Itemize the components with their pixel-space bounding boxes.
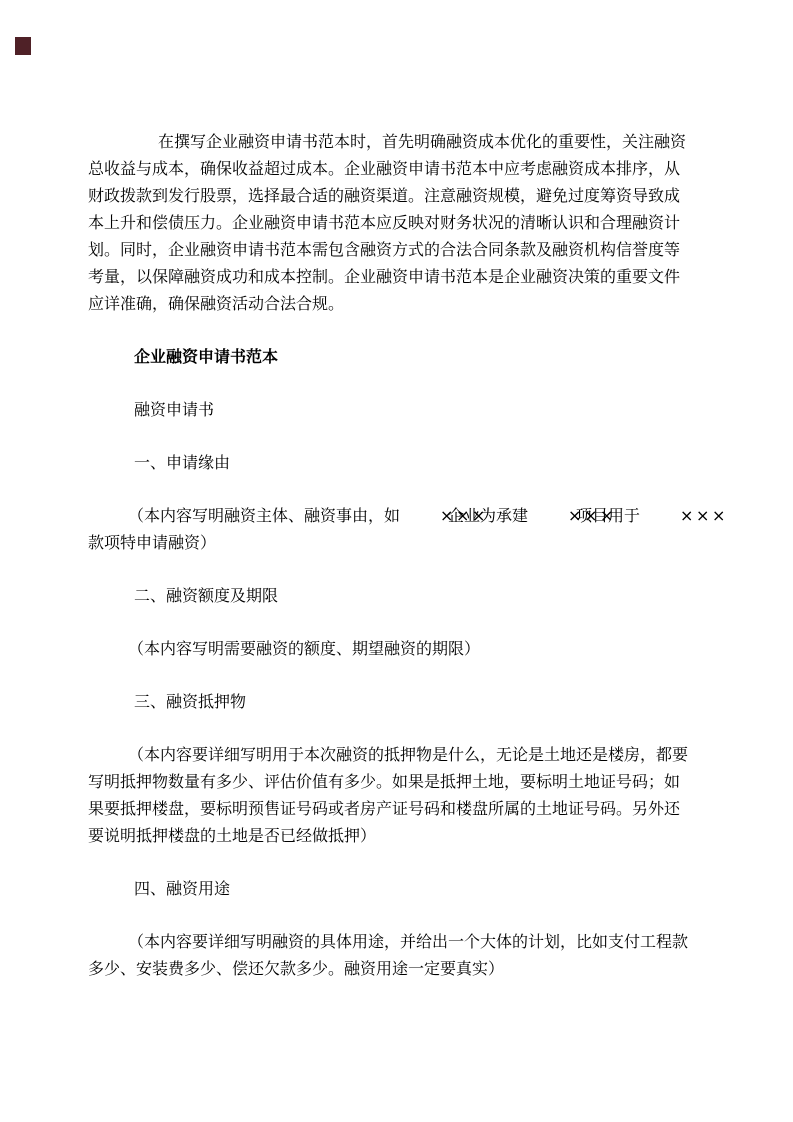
section-body-4: （本内容要详细写明融资的具体用途，并给出一个大体的计划，比如支付工程款 多少、安… [88, 928, 748, 982]
section-body-3: （本内容要详细写明用于本次融资的抵押物是什么，无论是土地还是楼房，都要 写明抵押… [88, 741, 748, 849]
section-heading-2: 二、融资额度及期限 [88, 582, 748, 609]
section-heading-4: 四、融资用途 [88, 875, 748, 902]
section-body-1: （本内容写明融资主体、融资事由，如×××企业为承建×××项目用于××× 款项特申… [88, 502, 748, 556]
section-body-2: （本内容写明需要融资的额度、期望融资的期限） [88, 635, 748, 662]
document-title: 企业融资申请书范本 [88, 343, 748, 370]
document-body: 在撰写企业融资申请书范本时，首先明确融资成本优化的重要性，关注融资 总收益与成本… [88, 128, 748, 1008]
placeholder-x: × [560, 502, 576, 529]
red-corner-mark [15, 37, 31, 55]
placeholder-x: × [528, 502, 544, 529]
placeholder-x: × [672, 502, 688, 529]
placeholder-x: × [544, 502, 560, 529]
placeholder-x: × [432, 502, 448, 529]
application-subtitle: 融资申请书 [88, 396, 748, 423]
placeholder-x: × [640, 502, 656, 529]
placeholder-x: × [416, 502, 432, 529]
section-heading-1: 一、申请缘由 [88, 449, 748, 476]
placeholder-x: × [400, 502, 416, 529]
intro-paragraph: 在撰写企业融资申请书范本时，首先明确融资成本优化的重要性，关注融资 总收益与成本… [88, 128, 748, 317]
document-page: 在撰写企业融资申请书范本时，首先明确融资成本优化的重要性，关注融资 总收益与成本… [0, 0, 793, 1122]
section-heading-3: 三、融资抵押物 [88, 688, 748, 715]
placeholder-x: × [656, 502, 672, 529]
